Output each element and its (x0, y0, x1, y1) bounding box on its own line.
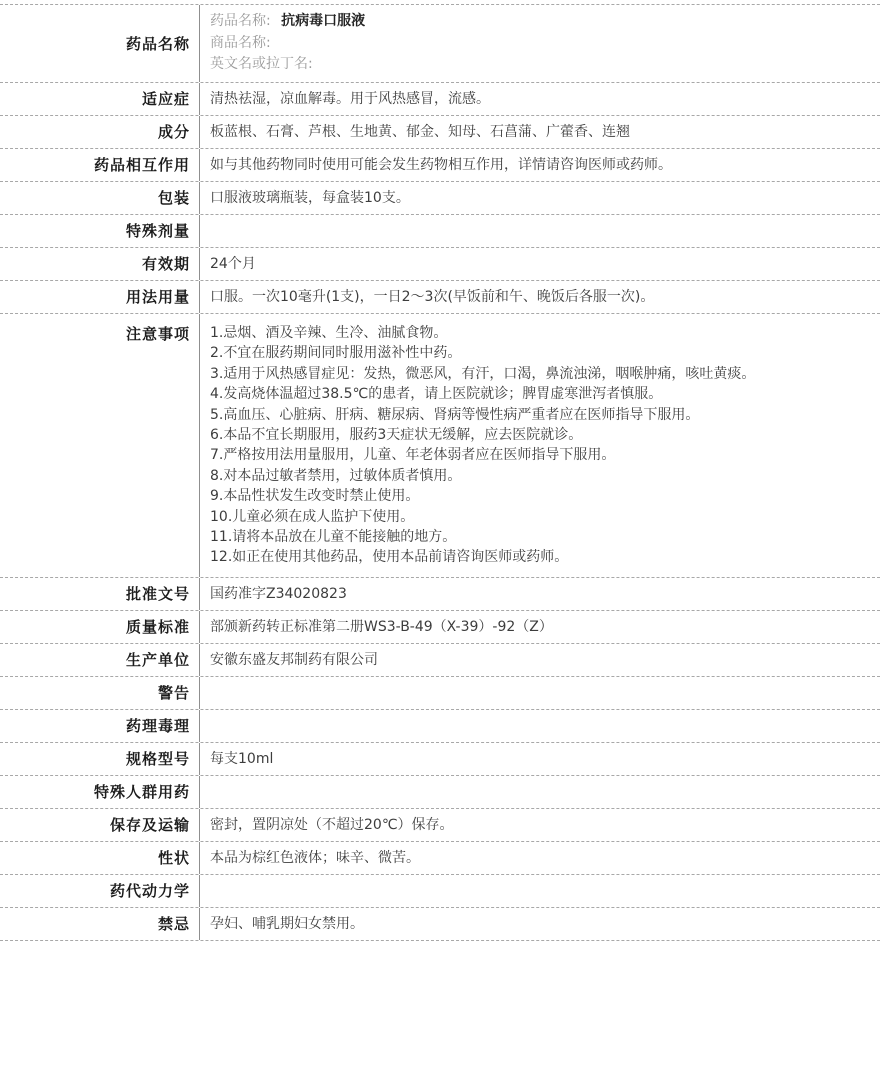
row-label-contraindications: 禁忌 (0, 908, 200, 940)
drug-info-table: 药品名称 药品名称: 抗病毒口服液 商品名称: 英文名或拉丁名: 适应症 清热祛… (0, 4, 880, 941)
row-label-precautions: 注意事项 (0, 314, 200, 577)
row-drug-interactions: 药品相互作用 如与其他药物同时使用可能会发生药物相互作用，详情请咨询医师或药师。 (0, 148, 880, 181)
precaution-item: 10.儿童必须在成人监护下使用。 (210, 507, 414, 527)
english-name-prefix: 英文名或拉丁名: (210, 56, 313, 72)
drug-name-line: 药品名称: 抗病毒口服液 (210, 11, 365, 33)
row-label-warning: 警告 (0, 677, 200, 709)
row-label-ingredients: 成分 (0, 116, 200, 148)
row-label-special-populations: 特殊人群用药 (0, 776, 200, 808)
row-packaging: 包装 口服液玻璃瓶装，每盒装10支。 (0, 181, 880, 214)
row-description: 性状 本品为棕红色液体；味辛、微苦。 (0, 841, 880, 874)
precaution-item: 2.不宜在服药期间同时服用滋补性中药。 (210, 343, 461, 363)
row-approval-number: 批准文号 国药准字Z34020823 (0, 577, 880, 610)
row-label-drug-interactions: 药品相互作用 (0, 149, 200, 181)
row-pharmacology-toxicology: 药理毒理 (0, 709, 880, 742)
row-label-pharmacokinetics: 药代动力学 (0, 875, 200, 907)
row-value-contraindications: 孕妇、哺乳期妇女禁用。 (200, 908, 880, 940)
row-warning: 警告 (0, 676, 880, 709)
row-label-special-dosage: 特殊剂量 (0, 215, 200, 247)
row-label-dosage-administration: 用法用量 (0, 281, 200, 313)
row-dosage-administration: 用法用量 口服。一次10毫升(1支)，一日2～3次(早饭前和午、晚饭后各服一次)… (0, 280, 880, 313)
precaution-item: 8.对本品过敏者禁用，过敏体质者慎用。 (210, 466, 461, 486)
drug-name-prefix: 药品名称: (210, 13, 271, 29)
row-quality-standard: 质量标准 部颁新药转正标准第二册WS3-B-49（X-39）-92（Z） (0, 610, 880, 643)
row-value-dosage-administration: 口服。一次10毫升(1支)，一日2～3次(早饭前和午、晚饭后各服一次)。 (200, 281, 880, 313)
row-label-shelf-life: 有效期 (0, 248, 200, 280)
row-label-packaging: 包装 (0, 182, 200, 214)
row-value-pharmacokinetics (200, 875, 880, 907)
row-value-description: 本品为棕红色液体；味辛、微苦。 (200, 842, 880, 874)
row-value-special-populations (200, 776, 880, 808)
row-indications: 适应症 清热祛湿，凉血解毒。用于风热感冒，流感。 (0, 82, 880, 115)
precaution-item: 7.严格按用法用量服用，儿童、年老体弱者应在医师指导下服用。 (210, 445, 615, 465)
row-label-manufacturer: 生产单位 (0, 644, 200, 676)
precaution-item: 3.适用于风热感冒症见：发热，微恶风，有汗，口渴，鼻流浊涕，咽喉肿痛，咳吐黄痰。 (210, 364, 755, 384)
row-value-pharmacology-toxicology (200, 710, 880, 742)
row-label-quality-standard: 质量标准 (0, 611, 200, 643)
row-label-drug-name: 药品名称 (0, 5, 200, 82)
precaution-item: 9.本品性状发生改变时禁止使用。 (210, 486, 419, 506)
row-shelf-life: 有效期 24个月 (0, 247, 880, 280)
row-special-populations: 特殊人群用药 (0, 775, 880, 808)
row-contraindications: 禁忌 孕妇、哺乳期妇女禁用。 (0, 907, 880, 941)
brand-name-line: 商品名称: (210, 33, 277, 55)
row-value-shelf-life: 24个月 (200, 248, 880, 280)
row-value-drug-name: 药品名称: 抗病毒口服液 商品名称: 英文名或拉丁名: (200, 5, 880, 82)
row-label-pharmacology-toxicology: 药理毒理 (0, 710, 200, 742)
english-name-line: 英文名或拉丁名: (210, 54, 319, 76)
row-label-description: 性状 (0, 842, 200, 874)
row-ingredients: 成分 板蓝根、石膏、芦根、生地黄、郁金、知母、石菖蒲、广藿香、连翘 (0, 115, 880, 148)
row-value-drug-interactions: 如与其他药物同时使用可能会发生药物相互作用，详情请咨询医师或药师。 (200, 149, 880, 181)
row-value-manufacturer: 安徽东盛友邦制药有限公司 (200, 644, 880, 676)
precaution-item: 12.如正在使用其他药品，使用本品前请咨询医师或药师。 (210, 547, 568, 567)
row-value-specification: 每支10ml (200, 743, 880, 775)
row-value-precautions: 1.忌烟、酒及辛辣、生冷、油腻食物。 2.不宜在服药期间同时服用滋补性中药。 3… (200, 314, 880, 577)
precaution-item: 6.本品不宜长期服用，服药3天症状无缓解，应去医院就诊。 (210, 425, 582, 445)
brand-name-prefix: 商品名称: (210, 35, 271, 51)
row-storage-transport: 保存及运输 密封，置阴凉处（不超过20℃）保存。 (0, 808, 880, 841)
row-value-packaging: 口服液玻璃瓶装，每盒装10支。 (200, 182, 880, 214)
row-precautions: 注意事项 1.忌烟、酒及辛辣、生冷、油腻食物。 2.不宜在服药期间同时服用滋补性… (0, 313, 880, 577)
row-value-warning (200, 677, 880, 709)
precaution-item: 5.高血压、心脏病、肝病、糖尿病、肾病等慢性病严重者应在医师指导下服用。 (210, 405, 699, 425)
row-specification: 规格型号 每支10ml (0, 742, 880, 775)
row-value-special-dosage (200, 215, 880, 247)
row-value-storage-transport: 密封，置阴凉处（不超过20℃）保存。 (200, 809, 880, 841)
row-label-specification: 规格型号 (0, 743, 200, 775)
row-manufacturer: 生产单位 安徽东盛友邦制药有限公司 (0, 643, 880, 676)
row-drug-name: 药品名称 药品名称: 抗病毒口服液 商品名称: 英文名或拉丁名: (0, 4, 880, 82)
row-value-approval-number: 国药准字Z34020823 (200, 578, 880, 610)
row-pharmacokinetics: 药代动力学 (0, 874, 880, 907)
row-value-quality-standard: 部颁新药转正标准第二册WS3-B-49（X-39）-92（Z） (200, 611, 880, 643)
drug-name-value: 抗病毒口服液 (281, 13, 365, 29)
row-label-indications: 适应症 (0, 83, 200, 115)
precaution-item: 4.发高烧体温超过38.5℃的患者，请上医院就诊；脾胃虚寒泄泻者慎服。 (210, 384, 662, 404)
row-special-dosage: 特殊剂量 (0, 214, 880, 247)
row-value-indications: 清热祛湿，凉血解毒。用于风热感冒，流感。 (200, 83, 880, 115)
row-label-storage-transport: 保存及运输 (0, 809, 200, 841)
precaution-item: 1.忌烟、酒及辛辣、生冷、油腻食物。 (210, 323, 447, 343)
precaution-item: 11.请将本品放在儿童不能接触的地方。 (210, 527, 456, 547)
row-value-ingredients: 板蓝根、石膏、芦根、生地黄、郁金、知母、石菖蒲、广藿香、连翘 (200, 116, 880, 148)
row-label-approval-number: 批准文号 (0, 578, 200, 610)
